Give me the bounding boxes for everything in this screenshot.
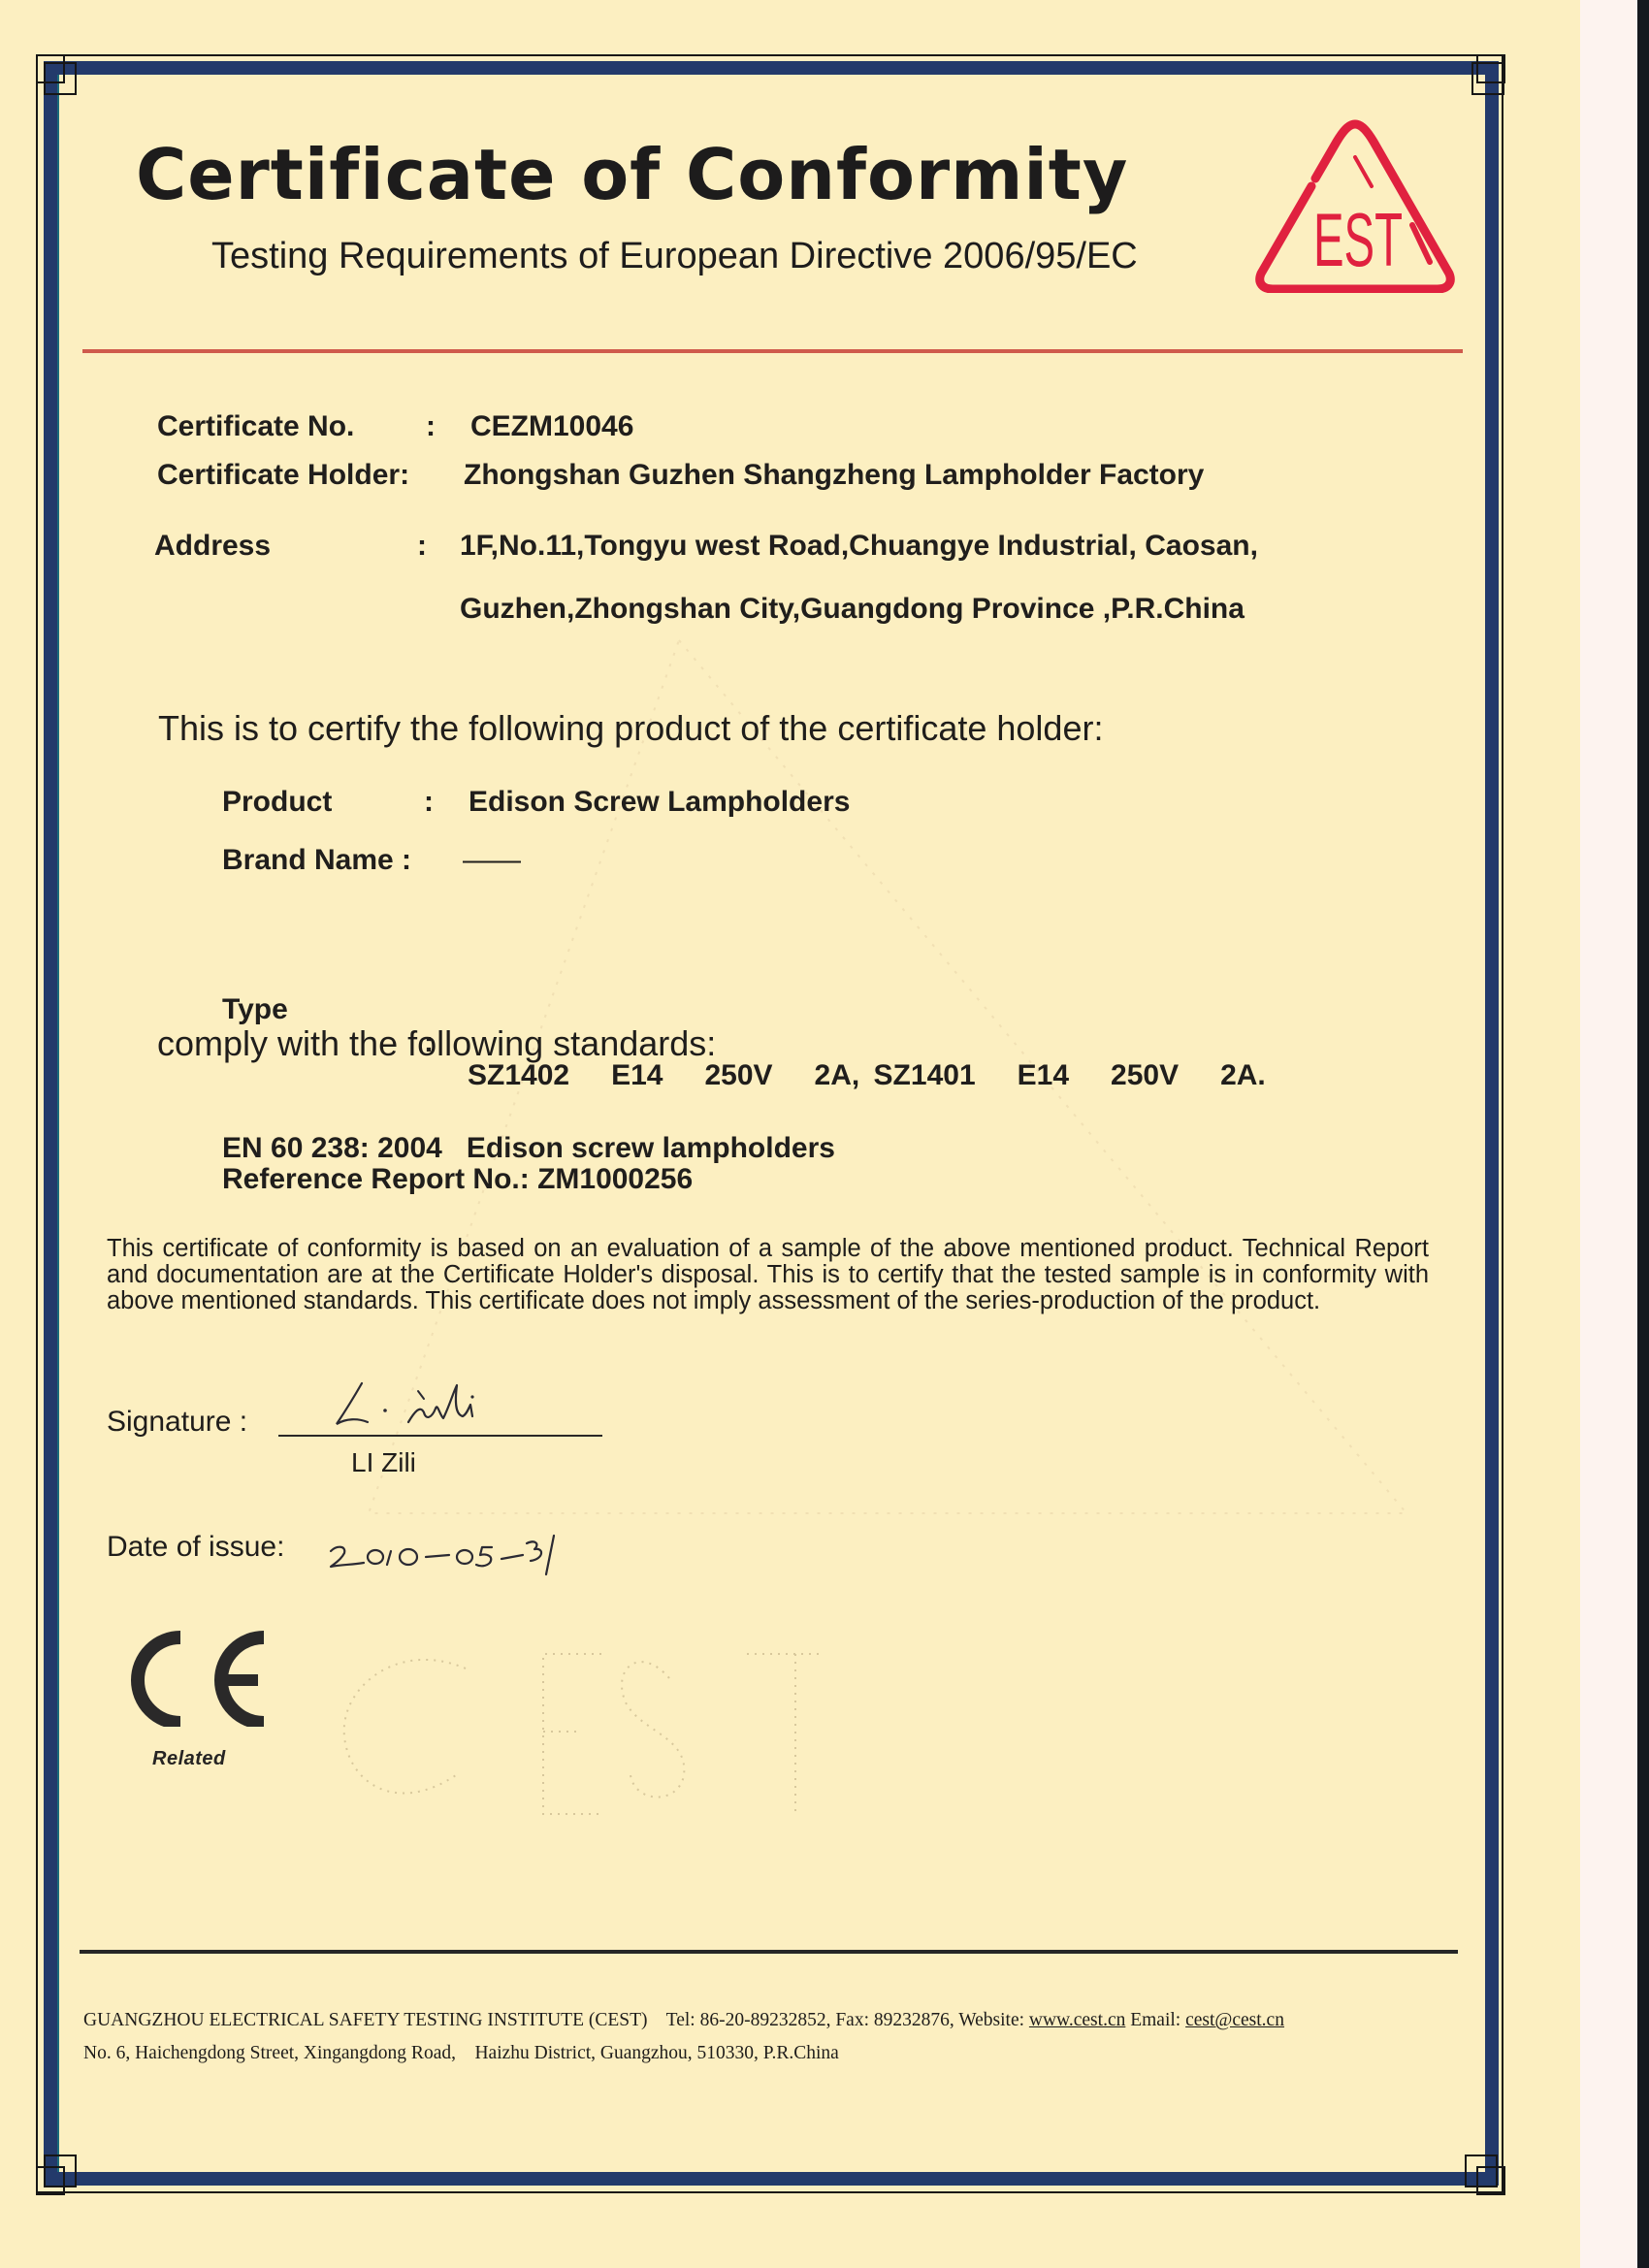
disclaimer-paragraph: This certificate of conformity is based … <box>107 1236 1429 1314</box>
footer-divider <box>80 1950 1458 1954</box>
cest-logo-text: EST <box>1313 197 1403 282</box>
signature-label: Signature : <box>107 1406 247 1439</box>
scan-margin <box>1580 0 1637 2268</box>
brand-name-value: —— <box>463 844 521 877</box>
standard-row: EN 60 238: 2004 Edison screw lampholders <box>222 1099 239 1165</box>
cest-logo-icon: EST <box>1255 118 1455 293</box>
brand-name-label: Brand Name : <box>222 844 411 877</box>
product-value: Edison Screw Lampholders <box>469 786 850 819</box>
certificate-subtitle: Testing Requirements of European Directi… <box>211 236 1138 277</box>
corner-ornament-tr-inner <box>1471 62 1504 95</box>
footer-institute: GUANGZHOU ELECTRICAL SAFETY TESTING INST… <box>83 2010 648 2030</box>
footer-tel-fax: Tel: 86-20-89232852, Fax: 89232876, Webs… <box>666 2010 1024 2030</box>
standard-value: EN 60 238: 2004 Edison screw lampholders <box>222 1132 835 1165</box>
footer-email-label: Email: <box>1130 2010 1180 2030</box>
ce-related-caption: Related <box>152 1748 226 1770</box>
product-label: Product <box>222 786 332 819</box>
type-value: SZ1402 E14 250V 2A, SZ1401 E14 250V 2A. <box>468 1059 1266 1092</box>
type-label: Type <box>222 993 288 1026</box>
handwritten-date <box>325 1518 597 1576</box>
handwritten-signature <box>325 1370 519 1433</box>
header-divider <box>82 349 1463 353</box>
certificate-holder-value: Zhongshan Guzhen Shangzheng Lampholder F… <box>464 459 1204 492</box>
address-line2: Guzhen,Zhongshan City,Guangdong Province… <box>460 593 1245 626</box>
footer-address: No. 6, Haichengdong Street, Xingangdong … <box>83 2043 839 2064</box>
address-colon: : <box>417 530 427 563</box>
date-of-issue-label: Date of issue: <box>107 1531 284 1564</box>
certificate-navy-border <box>44 61 1499 2186</box>
certificate-no-colon: : <box>426 410 436 443</box>
corner-ornament-br-inner <box>1465 2155 1498 2187</box>
signature-line <box>278 1435 602 1437</box>
certificate-no-label: Certificate No. <box>157 410 354 443</box>
scan-edge <box>1637 0 1649 2268</box>
comply-intro: comply with the following standards: <box>157 1023 716 1064</box>
certificate-holder-label: Certificate Holder: <box>157 459 409 492</box>
corner-ornament-bl-inner <box>44 2155 77 2187</box>
product-colon: : <box>424 786 434 819</box>
address-line1: 1F,No.11,Tongyu west Road,Chuangye Indus… <box>460 530 1258 563</box>
certify-intro: This is to certify the following product… <box>158 708 1103 749</box>
reference-report-value: Reference Report No.: ZM1000256 <box>222 1163 693 1196</box>
signatory-name: LI Zili <box>351 1447 416 1478</box>
corner-ornament-tl-inner <box>44 62 77 95</box>
footer-email-link[interactable]: cest@cest.cn <box>1185 2010 1284 2030</box>
ce-mark-icon <box>116 1630 281 1727</box>
footer-website-link[interactable]: www.cest.cn <box>1029 2010 1125 2030</box>
certificate-title: Certificate of Conformity <box>136 134 1249 215</box>
footer-contact-line: GUANGZHOU ELECTRICAL SAFETY TESTING INST… <box>83 2010 1284 2031</box>
address-label: Address <box>154 530 271 563</box>
certificate-no-value: CEZM10046 <box>470 410 633 443</box>
